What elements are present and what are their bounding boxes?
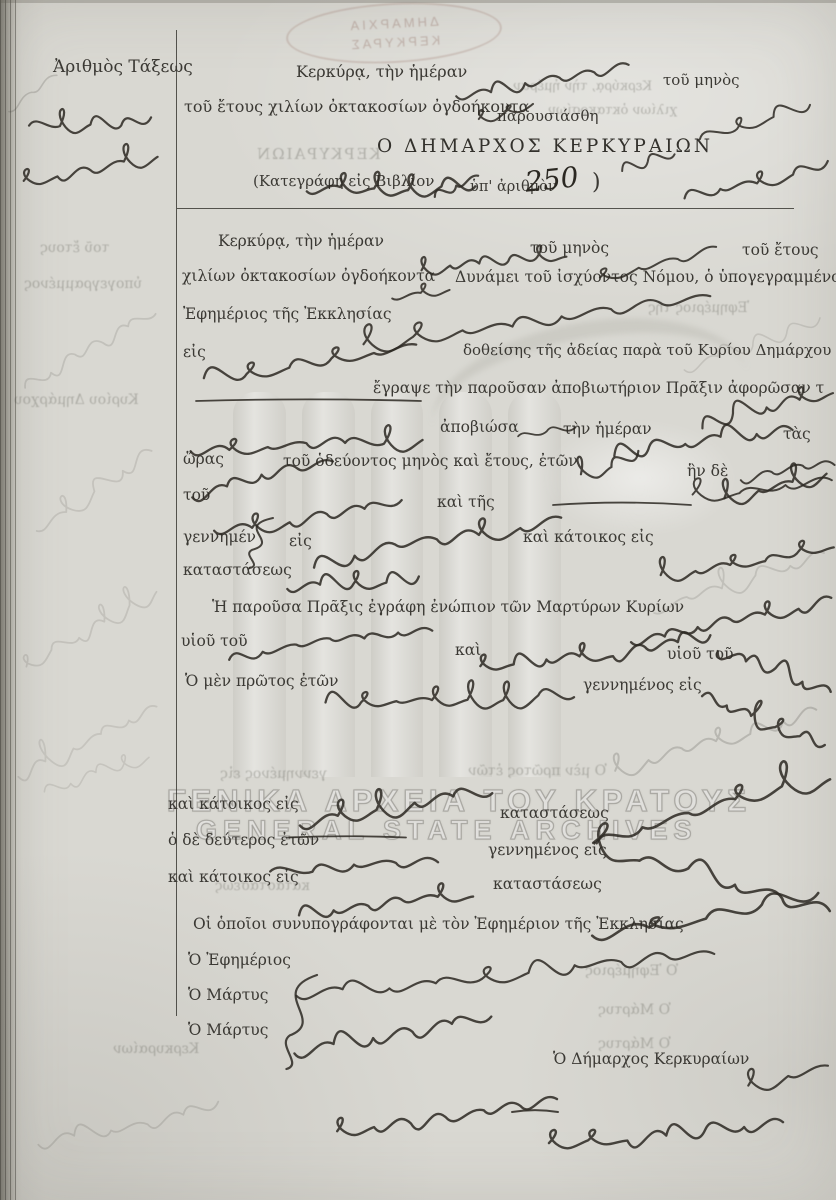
bleedthrough-scribble bbox=[1, 400, 179, 570]
order-number-label: Ἀριθμὸς Τάξεως bbox=[53, 57, 193, 77]
handwritten-ending bbox=[247, 516, 273, 568]
status1-label: καταστάσεως bbox=[183, 561, 292, 579]
bleedthrough-text: γεννημένος εἰς bbox=[220, 766, 327, 782]
deceased-label: ἀποβιώσα bbox=[440, 418, 519, 436]
body-of-year-label: τοῦ ἔτους bbox=[742, 241, 819, 259]
resident2-label: καὶ κάτοικος εἰς bbox=[168, 795, 299, 813]
bleedthrough-scribble bbox=[27, 1054, 228, 1186]
mayor-signature bbox=[545, 1073, 787, 1181]
body-city-day-label: Κερκύρᾳ, τὴν ἡμέραν bbox=[218, 232, 384, 250]
handwritten-blank-dash bbox=[196, 396, 421, 406]
bleedthrough-text: Ὁ Μάρτυς bbox=[598, 1002, 671, 1018]
handwritten-mark bbox=[612, 123, 683, 197]
stamp-line2: ΚΕΡΚΥΡΑΣ bbox=[348, 31, 441, 55]
top-city-day-label: Κερκύρᾳ, τὴν ἡμέραν bbox=[296, 62, 467, 81]
bleedthrough-text: τοῦ ἔτους bbox=[40, 240, 109, 256]
archive-stamp: ΔΗΜΑΡΧΙΑ ΚΕΡΚΥΡΑΣ bbox=[285, 0, 504, 69]
page-top-edge bbox=[0, 0, 836, 3]
priest-signer-label: Ὁ Ἐφημέριος bbox=[188, 951, 291, 969]
top-month-label: τοῦ μηνὸς bbox=[663, 71, 740, 89]
witness2-signer-label: Ὁ Μάρτυς bbox=[188, 1021, 268, 1039]
binding-edge bbox=[0, 0, 17, 1200]
death-act-scan: ΓΕΝΙΚΑ ΑΡΧΕΙΑ ΤΟΥ ΚΡΑΤΟΥΣ GENERAL STATE … bbox=[0, 0, 836, 1200]
witness1-signer-label: Ὁ Μάρτυς bbox=[188, 986, 268, 1004]
handwritten-book-number: 250 bbox=[523, 160, 580, 198]
close-paren: ) bbox=[592, 170, 601, 195]
handwritten-suffix bbox=[517, 417, 577, 452]
handwritten-blank-dash-2 bbox=[553, 500, 691, 510]
mayor-signer-label: Ὁ Δήμαρχος Κερκυραίων bbox=[553, 1050, 749, 1068]
bleedthrough-text: Κερκυραίων bbox=[113, 1041, 199, 1057]
